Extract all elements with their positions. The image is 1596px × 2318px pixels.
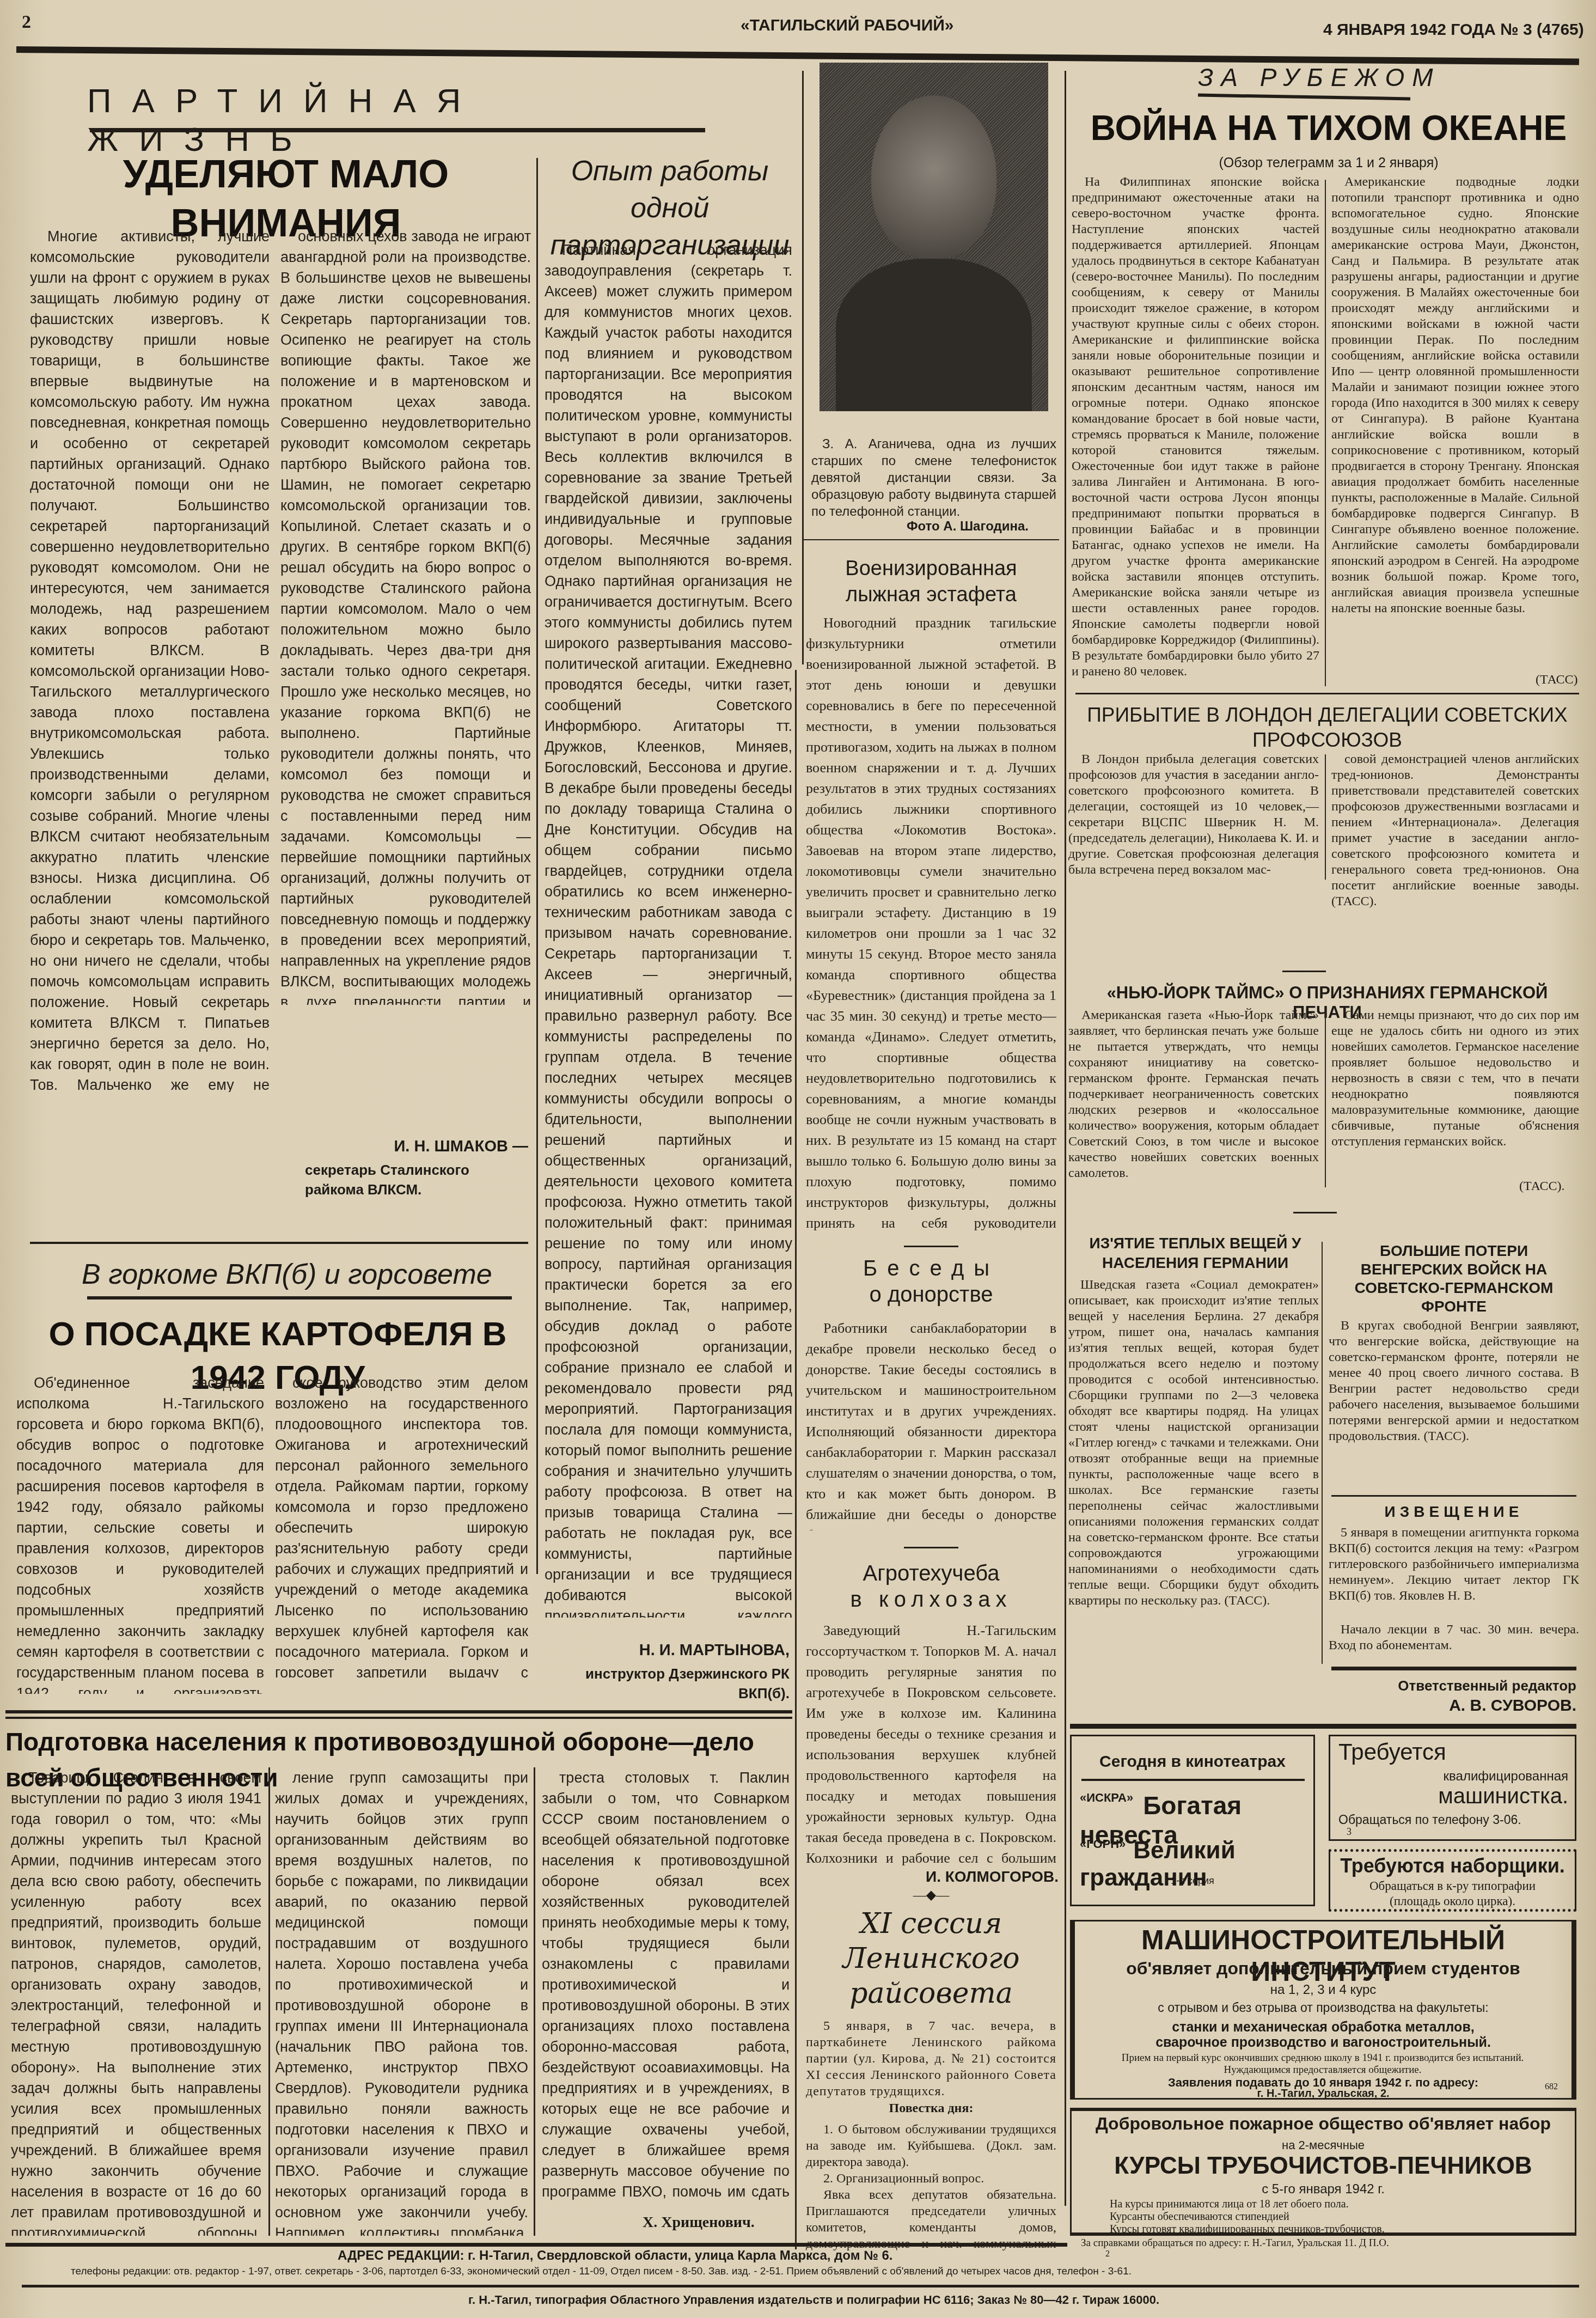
separator [1282,971,1326,972]
title-line: Опыт работы [545,152,795,190]
ad-line: с отрывом и без отрыва от производства н… [1075,2000,1571,2015]
diamond-separator-icon: —◆— [904,1887,958,1903]
agenda-item: 1. О бытовом обслуживании трудящихся на … [806,2121,1056,2170]
section-rule [5,1710,792,1713]
ad-line: На курсы принимаются лица от 18 лет обое… [1110,2198,1349,2211]
ad-address: г. Н.-Тагил, Уральская, 2. [1075,2088,1571,2100]
title-line: в колхозах [803,1587,1059,1613]
ad-line: сварочное производство и вагоностроитель… [1075,2035,1571,2051]
cinema-venue: «ИСКРА» [1080,1791,1133,1804]
film-note: 1-я серия [1072,1875,1313,1887]
author-signature: И. КОЛМОГОРОВ. [926,1868,1059,1886]
article-text: Заведующий Н.-Тагильским госсортучастком… [806,1620,1056,1868]
ad-note: Прием на первый курс окончивших среднюю … [1089,2052,1557,2076]
section-title-abroad: ЗА РУБЕЖОМ [1198,63,1441,92]
article-text: Явка всех депутатов обязательна. Приглаш… [806,2187,1056,2252]
section-rule [1198,94,1410,101]
photo-caption: З. А. Аганичева, одна из лучших старших … [811,436,1056,518]
article-text: ское руководство этим делом возложено на… [275,1372,528,1677]
separator [1331,1667,1576,1670]
ad-address: За справками обращаться по адресу: г. Н.… [1081,2237,1571,2249]
ad-heading: Добровольное пожарное общество об'являет… [1072,2114,1575,2134]
title-line: райсовета [803,1976,1059,2011]
title-line: Военизированная [803,556,1059,582]
ad-number: 3 [1347,1826,1352,1838]
article-text: Товарищ Сталин в своем выступлении по ра… [11,1767,261,2236]
chimney-courses-ad: Добровольное пожарное общество об'являет… [1070,2108,1576,2236]
section-rule [5,1717,792,1719]
article-text: В кругах свободной Венгрии заявляют, что… [1329,1318,1579,1492]
article-text: совой демонстрацией членов английских тр… [1331,752,1579,937]
footer-address: АДРЕС РЕДАКЦИИ: г. Н-Тагил, Свердловской… [338,2248,1579,2264]
issue-date: 4 ЯНВАРЯ 1942 ГОДА № 3 (4765) [1323,21,1584,39]
column-divider [1325,754,1326,880]
separator [1331,1495,1576,1497]
separator [1293,1212,1337,1213]
newspaper-page: 2 «ТАГИЛЬСКИЙ РАБОЧИЙ» 4 ЯНВАРЯ 1942 ГОД… [0,0,1596,2318]
title-line: Агротехучеба [803,1560,1059,1587]
ad-heading: Требуется [1338,1739,1446,1765]
ad-contact: (площадь около цирка). [1330,1894,1575,1908]
footer-phones: телефоны редакции: отв. редактор - 1-97,… [71,2266,1585,2278]
column-divider [534,1767,535,2236]
article-title: БОЛЬШИЕ ПОТЕРИ ВЕНГЕРСКИХ ВОЙСК НА СОВЕТ… [1329,1242,1579,1316]
ad-line: на 1, 2, 3 и 4 курс [1075,1982,1571,1998]
source-tass: (ТАСС). [1519,1179,1565,1194]
author-signature: Н. И. МАРТЫНОВА, [545,1639,790,1661]
author-signature: И. Н. ШМАКОВ — [280,1136,528,1157]
title-line: Ленинского [803,1941,1059,1976]
article-title: Беседы о донорстве [803,1255,1059,1308]
article-title: Агротехучеба в колхозах [803,1560,1059,1613]
ad-line: об'являет дополнительный прием студентов [1075,1959,1571,1979]
article-title: Военизированная лыжная эстафета [803,556,1059,608]
section-rule [87,1296,512,1300]
footer-rule [22,2285,1579,2287]
article-text: Американская газета «Нью-Йорк таймс» зая… [1068,1008,1319,1195]
title-line: лыжная эстафета [803,582,1059,608]
article-title: ПРИБЫТИЕ В ЛОНДОН ДЕЛЕГАЦИИ СОВЕТСКИХ ПР… [1075,703,1579,753]
ad-contact: Обращаться в к-ру типографии [1330,1879,1575,1893]
article-text: Многие активисты, лучшие комсомольские р… [30,226,270,1092]
typist-ad: Требуется квалифицированная машинистка. … [1329,1735,1576,1841]
notice-text: 5 января в помещении агитпункта горкома … [1329,1525,1579,1623]
section-rule [90,128,705,132]
separator [1075,693,1579,694]
article-text: Работники санбаклаборатории в декабре пр… [806,1318,1056,1530]
ad-line: квалифицированная [1444,1769,1568,1784]
ads-rule [1070,1724,1576,1729]
article-text: Сами немцы признают, что до сих пор им е… [1331,1008,1579,1176]
ad-title: КУРСЫ ТРУБОЧИСТОВ-ПЕЧНИКОВ [1072,2152,1575,2180]
portrait-photo [820,63,1048,411]
ad-line: машинистка. [1438,1784,1568,1809]
article-text: Новогодний праздник тагильские физкульту… [806,613,1056,1236]
notice-title: ИЗВЕЩЕНИЕ [1329,1503,1579,1521]
article-text: На Филиппинах японские войска предприним… [1072,174,1319,694]
column-divider [1325,180,1326,686]
institute-ad: МАШИНОСТРОИТЕЛЬНЫЙ ИНСТИТУТ об'являет до… [1070,1920,1576,2100]
cinema-venue: «ГОРН» [1080,1837,1126,1851]
article-text: Американские подводные лодки потопили тр… [1331,174,1579,673]
column-divider [1322,1242,1323,1664]
cinema-title: Сегодня в кинотеатрах [1072,1753,1313,1771]
column-divider [1325,1010,1326,1187]
article-title: XI сессия Ленинского райсовета [803,1906,1059,2011]
editor-label: Ответственный редактор [1329,1677,1576,1694]
article-text: 5 января, в 7 час. вечера, в парткабинет… [806,2018,1056,2100]
editor-name: А. В. СУВОРОВ. [1329,1697,1576,1715]
column-divider [1065,71,1066,2206]
separator [904,1547,958,1548]
article-text: треста столовых т. Паклин забыли о том, … [542,1767,790,2203]
separator [904,1246,958,1247]
section-rule [30,1242,528,1244]
portrait-uniform [836,259,1032,411]
title-line: Беседы [803,1255,1059,1282]
article-text: Партийная организация заводоуправления (… [545,240,792,1618]
agenda-item: 2. Организационный вопрос. [806,2170,1056,2187]
cinema-ad: Сегодня в кинотеатрах «ИСКРА» Богатая не… [1070,1735,1315,1906]
column-divider [795,670,797,2249]
author-signature: Х. Хрищенович. [643,2214,755,2231]
section-title-gorkom: В горкоме ВКП(б) и горсовете [82,1258,517,1291]
article-text: Шведская газета «Социал демократен» опис… [1068,1277,1319,1669]
ad-number: 682 [1545,2082,1558,2092]
ad-line: с 5-го января 1942 г. [1072,2182,1575,2197]
source-tass: (ТАСС) [1536,673,1578,687]
ad-line: Курсы готовят квалифицированных печников… [1110,2223,1385,2236]
paper-name: «ТАГИЛЬСКИЙ РАБОЧИЙ» [741,16,953,35]
author-role: секретарь Сталинского райкома ВЛКСМ. [305,1160,496,1199]
wavy-rule [803,539,1059,540]
separator [1081,1779,1305,1781]
article-text: В Лондон прибыла делегация советских про… [1068,752,1319,953]
footer-print-info: г. Н.-Тагил, типография Областного Управ… [468,2293,1285,2307]
typesetters-ad: Требуются наборщики. Обращаться в к-ру т… [1329,1849,1576,1912]
ad-line: на 2-месячные [1072,2138,1575,2152]
article-subtitle: (Обзор телеграмм за 1 и 2 января) [1078,155,1579,171]
article-text: ление групп самозащиты при жилых домах и… [275,1767,528,2236]
article-text: Об'единенное заседание исполкома Н.-Таги… [16,1372,264,1694]
author-role: инструктор Дзержинского РК ВКП(б). [545,1664,790,1703]
article-title: ИЗ'ЯТИЕ ТЕПЛЫХ ВЕЩЕЙ У НАСЕЛЕНИЯ ГЕРМАНИ… [1070,1234,1320,1273]
ad-line: Курсанты обеспечиваются стипендией [1110,2211,1289,2223]
column-divider [268,1767,270,2236]
page-number: 2 [22,12,31,33]
article-title: ВОЙНА НА ТИХОМ ОКЕАНЕ [1078,106,1579,150]
footer-rule [5,2243,1067,2247]
ad-line: станки и механическая обработка металлов… [1075,2020,1571,2035]
photo-credit: Фото А. Шагодина. [907,519,1029,534]
article-text: основных цехов завода не играют авангард… [280,226,531,1005]
ad-contact: Обращаться по телефону 3-06. [1338,1813,1521,1827]
title-line: о донорстве [803,1282,1059,1308]
portrait-face [871,95,996,259]
column-divider [536,158,538,1574]
ad-heading: Требуются наборщики. [1330,1855,1575,1877]
notice-time: Начало лекции в 7 час. 30 мин. вечера. В… [1329,1622,1579,1655]
agenda-title: Повестка дня: [806,2101,1056,2116]
title-line: XI сессия [803,1906,1059,1941]
section-title-party-life: ПАРТИЙНАЯ ЖИЗНЬ [87,82,708,159]
